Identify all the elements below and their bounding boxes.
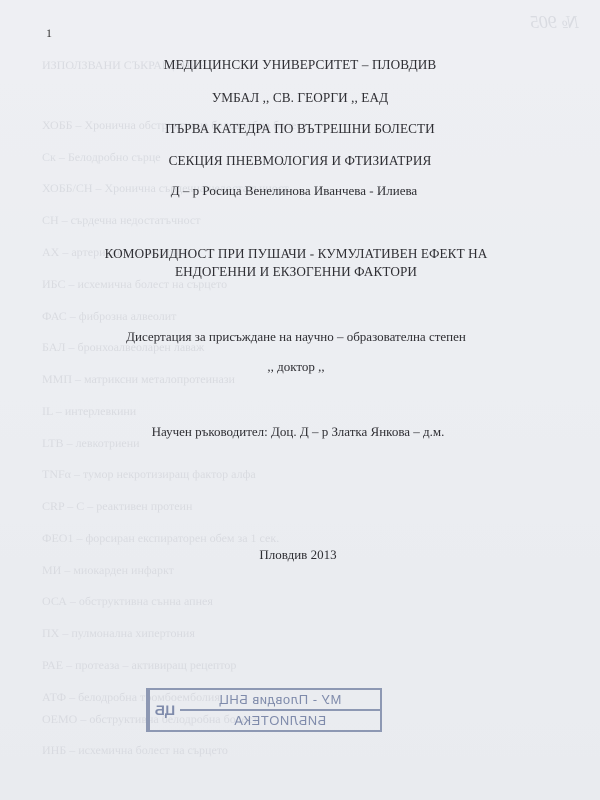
bleed-line: IL – интерлевкини: [42, 404, 136, 419]
bleed-line: МИ – миокарден инфаркт: [42, 563, 174, 578]
bleed-line: ФАС – фиброзна алвеолит: [42, 309, 176, 324]
thesis-title-line2: ЕНДОГЕННИ И ЕКЗОГЕННИ ФАКТОРИ: [0, 264, 596, 280]
hospital-name: УМБАЛ ,, СВ. ГЕОРГИ ,, ЕАД: [0, 90, 600, 106]
bleed-line: РАЕ – протеаза – активиращ рецептор: [42, 658, 236, 673]
thesis-title-line1: КОМОРБИДНОСТ ПРИ ПУШАЧИ - КУМУЛАТИВЕН ЕФ…: [0, 246, 596, 262]
stamp-line2: БИБЛИОТЕКА: [180, 711, 380, 730]
author-name: Д – р Росица Венелинова Иванчева - Илиев…: [0, 183, 594, 199]
page-number: 1: [46, 26, 52, 41]
place-and-year: Пловдив 2013: [0, 547, 598, 563]
scientific-supervisor: Научен ръководител: Доц. Д – р Златка Ян…: [0, 424, 598, 440]
stamp-line1: МУ - Пловдив БНЦ: [180, 690, 380, 711]
university-name: МЕДИЦИНСКИ УНИВЕРСИТЕТ – ПЛОВДИВ: [0, 57, 600, 73]
library-stamp: ЦБ МУ - Пловдив БНЦ БИБЛИОТЕКА: [146, 688, 382, 732]
department-name: ПЪРВА КАТЕДРА ПО ВЪТРЕШНИ БОЛЕСТИ: [0, 121, 600, 137]
bleed-line: ИНБ – исхемична болест на сърцето: [42, 743, 228, 758]
section-name: СЕКЦИЯ ПНЕВМОЛОГИЯ И ФТИЗИАТРИЯ: [0, 153, 600, 169]
handwritten-inventory-mark: № 905: [530, 12, 578, 33]
bleed-line: ПХ – пулмонална хипертония: [42, 626, 195, 641]
bleed-line: ОСА – обструктивна сънна апнея: [42, 594, 213, 609]
document-page: ИЗПОЛЗВАНИ СЪКРАЩЕНИЯ ХОББ – Хронична об…: [0, 0, 600, 800]
bleed-line: СН – сърдечна недостатъчност: [42, 213, 200, 228]
thesis-degree: ,, доктор ,,: [0, 359, 596, 375]
bleed-line: CRP – С – реактивен протеин: [42, 499, 192, 514]
thesis-purpose: Дисертация за присъждане на научно – обр…: [0, 329, 596, 345]
bleed-line: ФЕО1 – форсиран експираторен обем за 1 с…: [42, 531, 279, 546]
stamp-side-label: ЦБ: [148, 690, 180, 730]
bleed-line: TNFα – тумор некротизиращ фактор алфа: [42, 467, 256, 482]
